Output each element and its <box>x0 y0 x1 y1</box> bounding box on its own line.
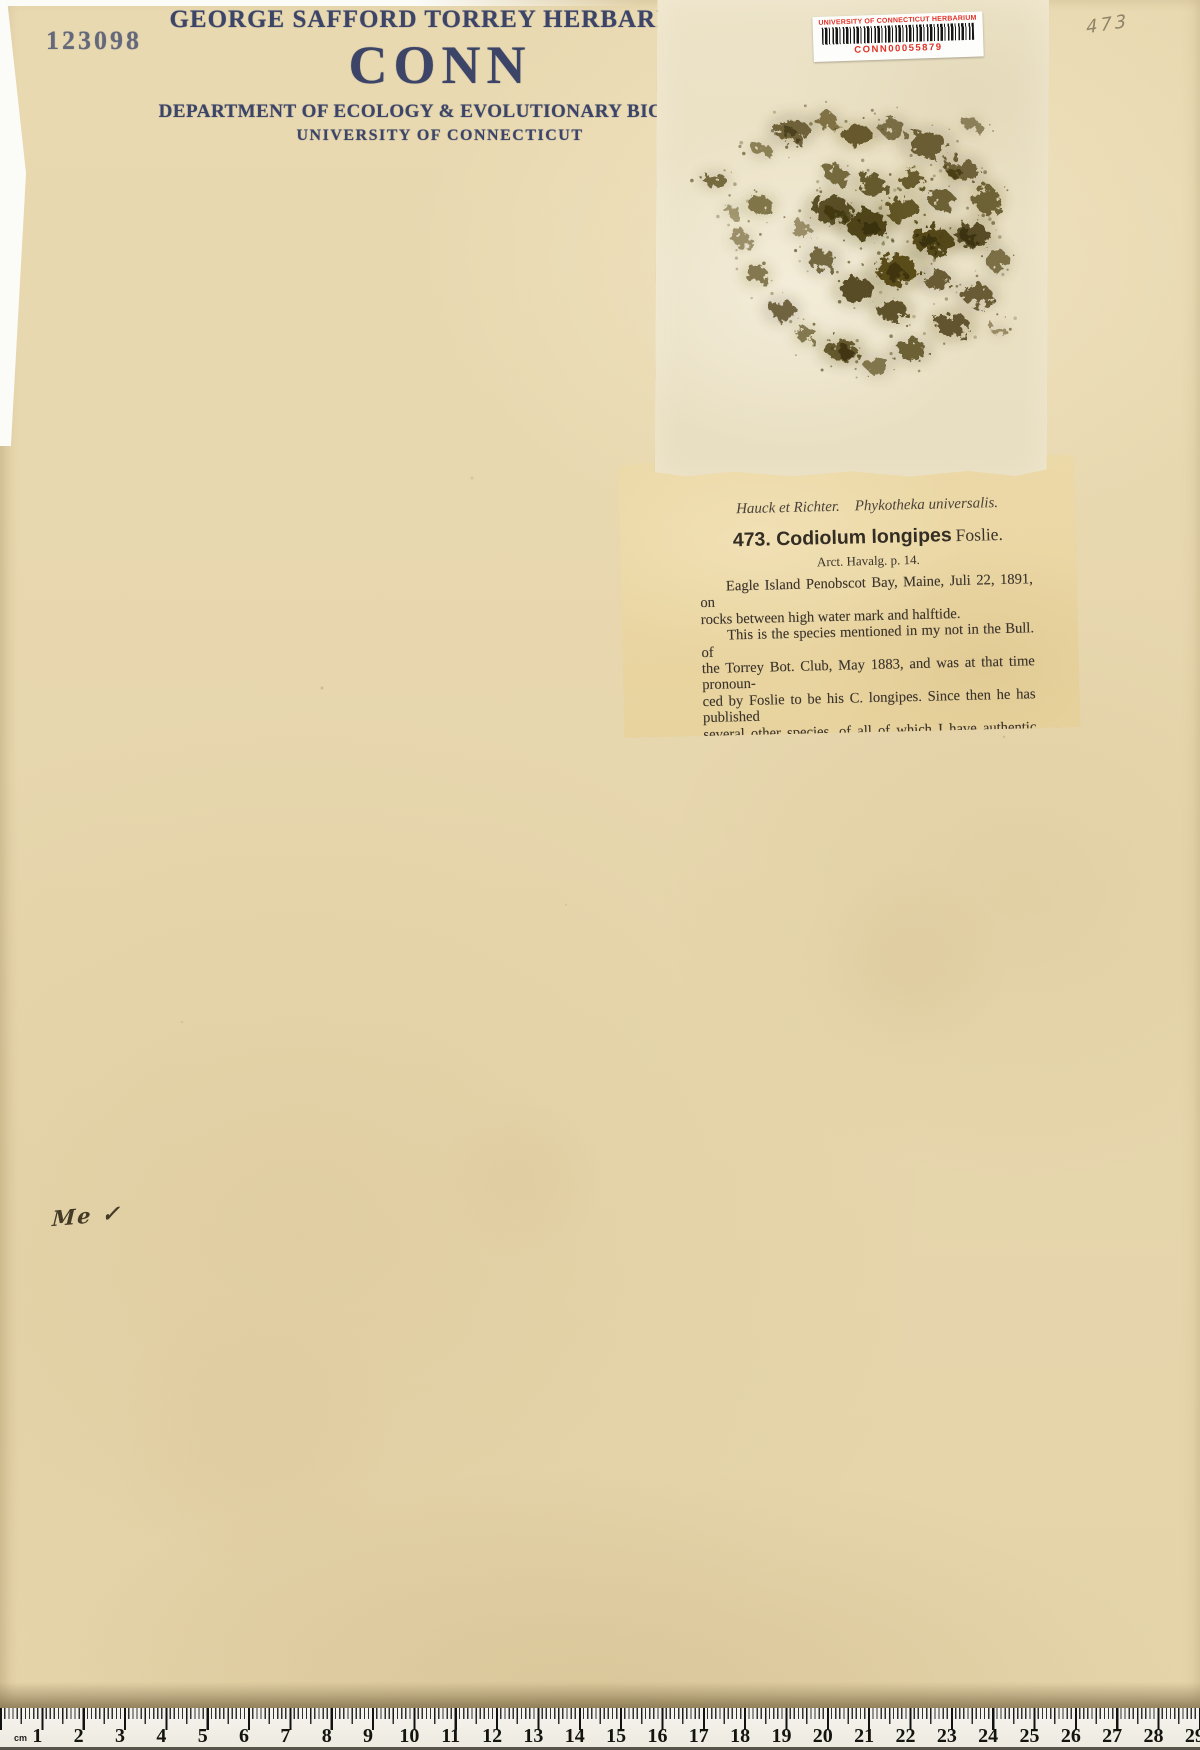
sheet-edge-shadow <box>0 1682 1200 1708</box>
ruler-number: 22 <box>895 1725 915 1748</box>
specimen-label: Hauck et Richter. Phykotheka universalis… <box>618 451 1080 738</box>
ruler-number: 11 <box>441 1725 460 1748</box>
accession-number-stamp: 123098 <box>46 26 142 56</box>
ruler-number: 7 <box>280 1725 290 1748</box>
ruler-number: 23 <box>937 1725 957 1748</box>
algae-specimen <box>640 88 1060 418</box>
label-series-header: Hauck et Richter. Phykotheka universalis… <box>699 494 1035 519</box>
label-reference: Arct. Havalg. p. 14. <box>700 549 1036 573</box>
label-author: Foslie. <box>955 524 1003 545</box>
ruler-number: 29 <box>1185 1725 1200 1748</box>
ruler-number: 27 <box>1102 1725 1122 1748</box>
ruler-number: 26 <box>1061 1725 1081 1748</box>
ruler-number: 5 <box>198 1725 208 1748</box>
ruler-number: 25 <box>1020 1725 1040 1748</box>
ruler-number: 9 <box>363 1725 373 1748</box>
ruler: cm 1234567891011121314151617181920212223… <box>0 1708 1200 1750</box>
ruler-number: 15 <box>606 1725 626 1748</box>
ruler-number: 6 <box>239 1725 249 1748</box>
ruler-number: 10 <box>399 1725 419 1748</box>
ruler-number: 19 <box>771 1725 791 1748</box>
ruler-number: 24 <box>978 1725 998 1748</box>
ruler-number: 3 <box>115 1725 125 1748</box>
ruler-number: 16 <box>647 1725 667 1748</box>
label-number-species: 473. Codiolum longipes <box>733 524 952 551</box>
ruler-number: 18 <box>730 1725 750 1748</box>
ruler-number: 2 <box>74 1725 84 1748</box>
ruler-number: 1 <box>32 1725 42 1748</box>
ruler-number: 4 <box>156 1725 166 1748</box>
ruler-number: 28 <box>1144 1725 1164 1748</box>
ruler-number: 8 <box>322 1725 332 1748</box>
ruler-number: 21 <box>854 1725 874 1748</box>
label-species-line: 473. Codiolum longipes Foslie. <box>700 522 1036 553</box>
ruler-number: 13 <box>523 1725 543 1748</box>
ruler-number: 12 <box>482 1725 502 1748</box>
ruler-number: 20 <box>813 1725 833 1748</box>
ruler-unit-label: cm <box>14 1733 27 1743</box>
barcode-label: UNIVERSITY OF CONNECTICUT HERBARIUM CONN… <box>812 11 983 62</box>
ruler-number: 14 <box>565 1725 585 1748</box>
stamp-conn-code: CONN <box>150 34 730 96</box>
ruler-number: 17 <box>689 1725 709 1748</box>
stamp-herbarium-name: GEORGE SAFFORD TORREY HERBARIUM <box>150 6 730 34</box>
